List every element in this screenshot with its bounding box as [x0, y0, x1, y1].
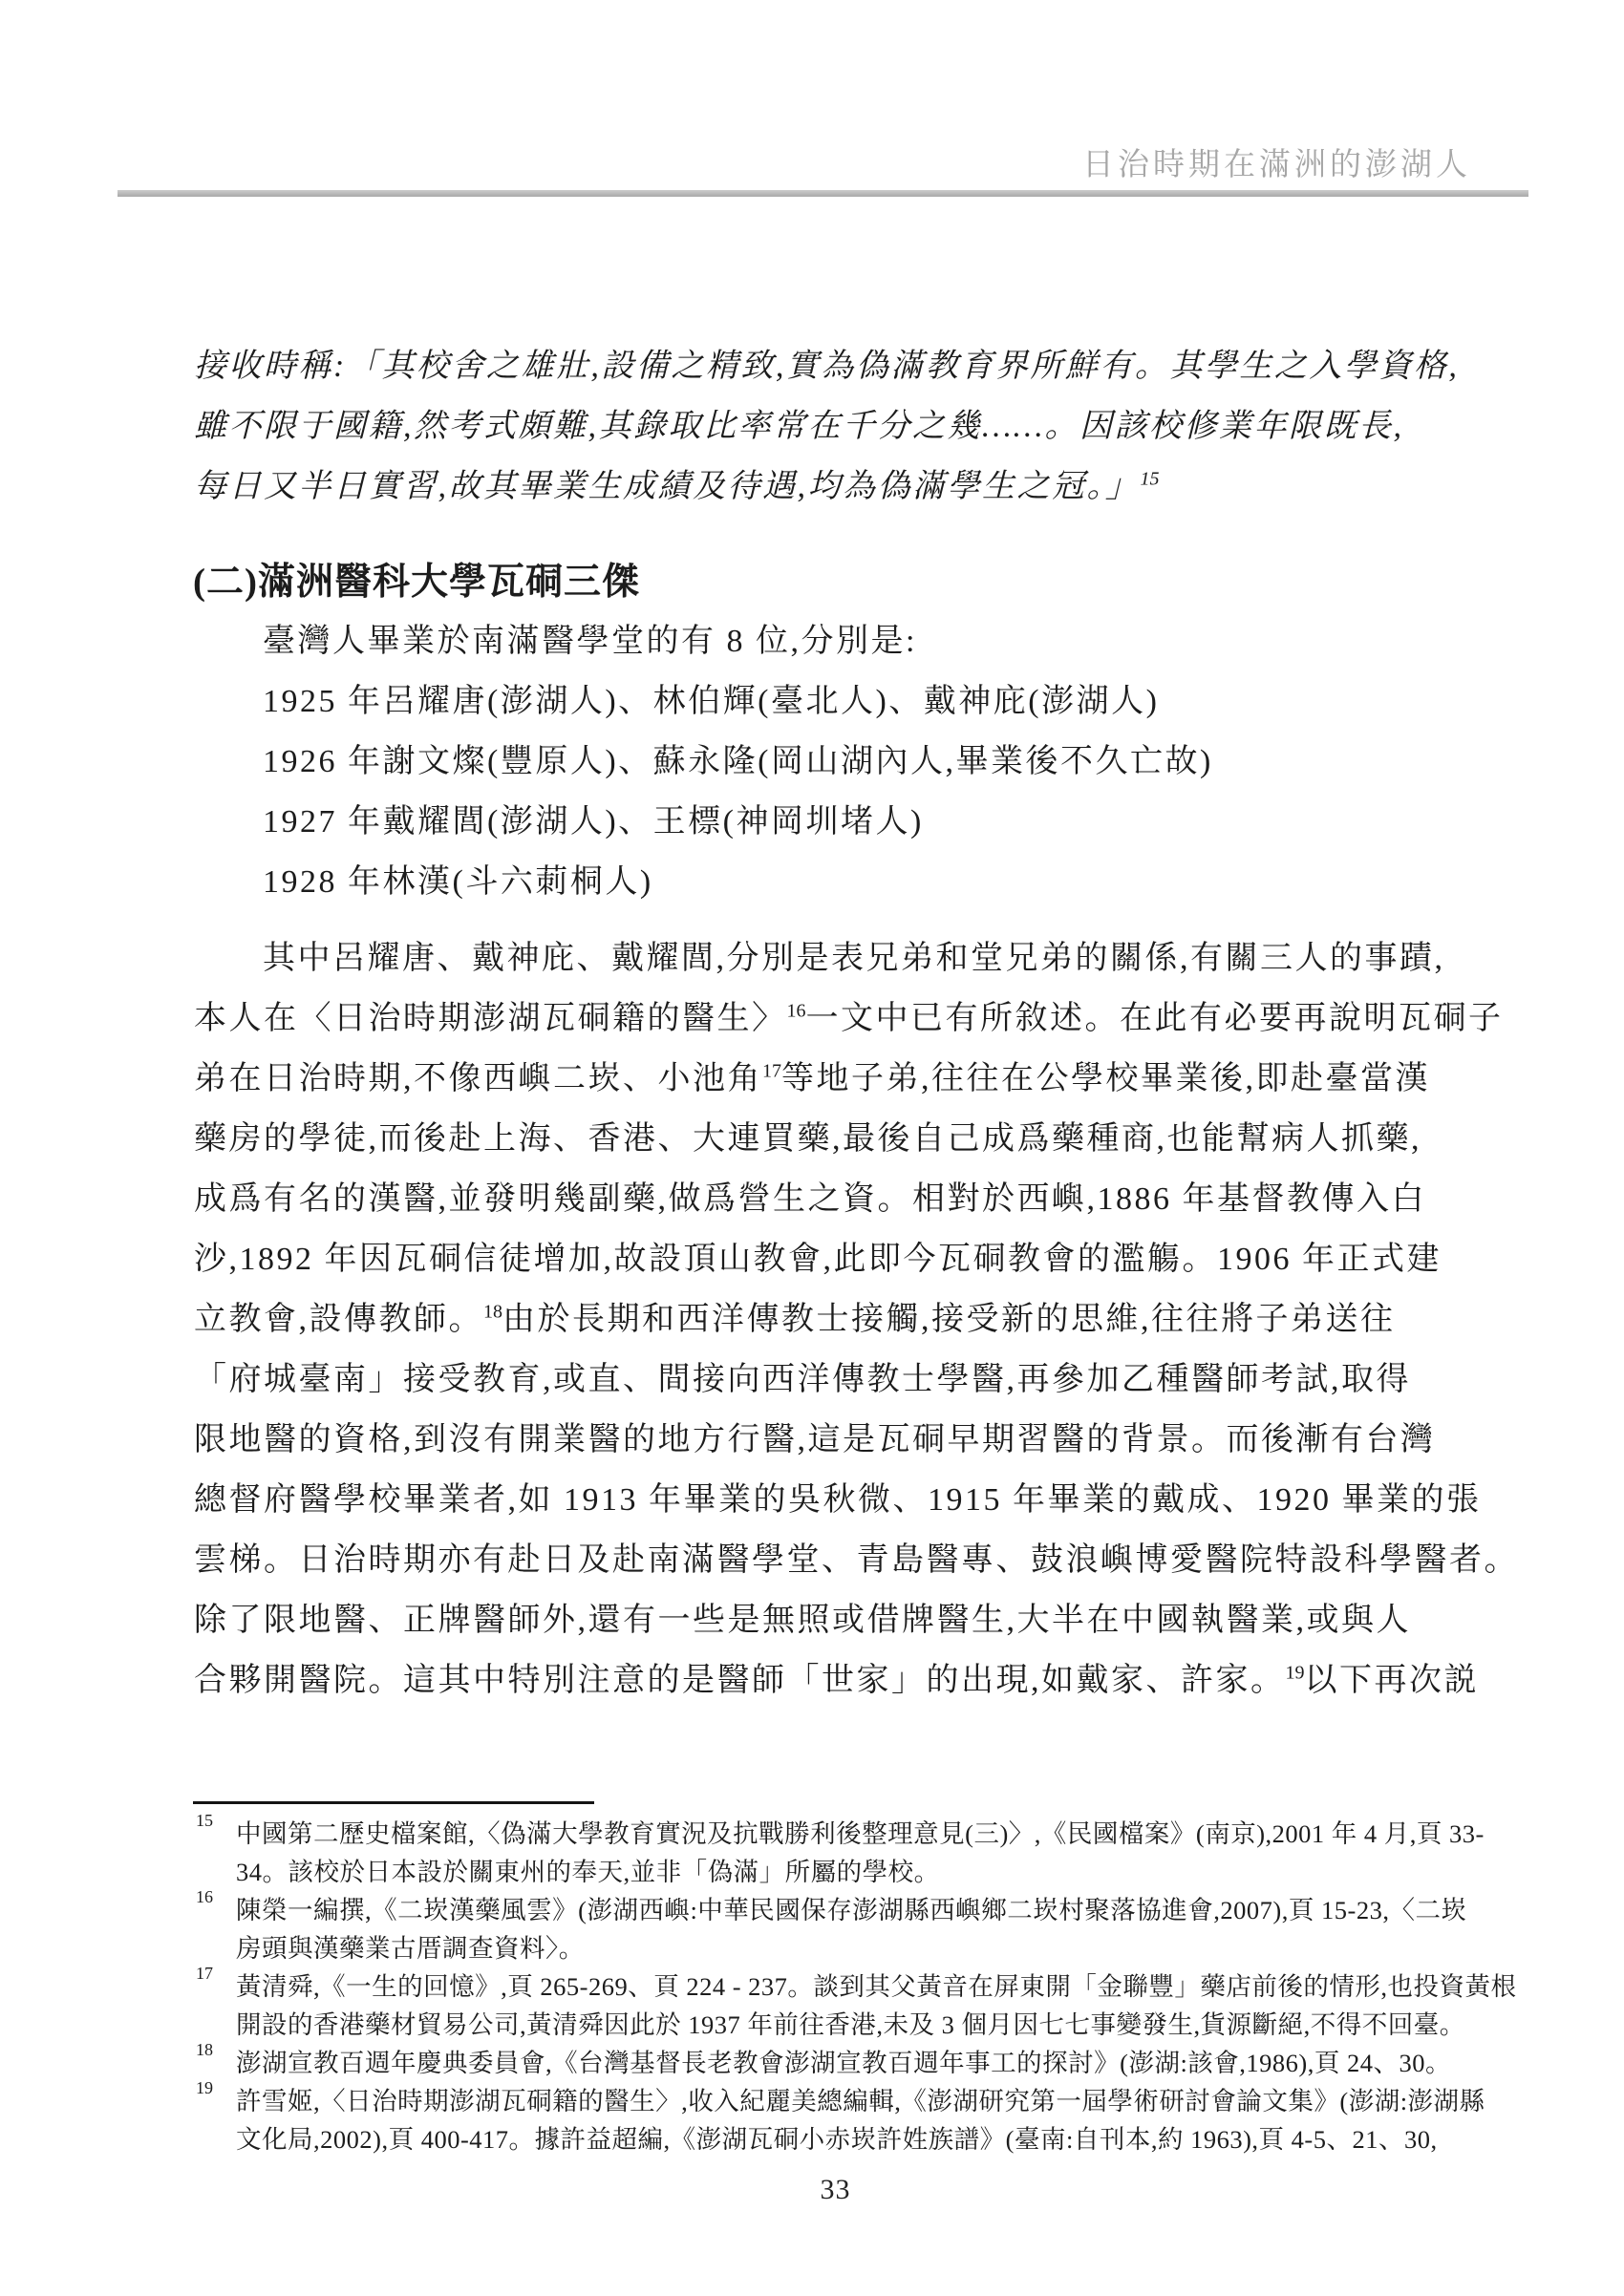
body-paragraph: 其中呂耀唐、戴神庇、戴耀閭,分別是表兄弟和堂兄弟的關係,有關三人的事蹟,本人在〈… [194, 928, 1479, 1711]
footnote-item: 18澎湖宣教百週年慶典委員會,《台灣基督長老教會澎湖宣教百週年事工的探討》(澎湖… [194, 2044, 1493, 2082]
text-line: 限地醫的資格,到沒有開業醫的地方行醫,這是瓦硐早期習醫的背景。而後漸有台灣 [194, 1410, 1479, 1470]
text-run: 限地醫的資格,到沒有開業醫的地方行醫,這是瓦硐早期習醫的背景。而後漸有台灣 [194, 1422, 1436, 1457]
footnote-ref: 17 [762, 1061, 781, 1082]
footnote-number: 15 [196, 1811, 213, 1831]
footnote-item: 15中國第二歷史檔案館,〈偽滿大學教育實況及抗戰勝利後整理意見(三)〉,《民國檔… [194, 1815, 1493, 1891]
text-run: 總督府醫學校畢業者,如 1913 年畢業的吳秋微、1915 年畢業的戴成、192… [194, 1482, 1482, 1518]
text-line: 1926 年謝文燦(豐原人)、蘇永隆(岡山湖內人,畢業後不久亡故) [194, 732, 1479, 792]
footnote-item: 19許雪姬,〈日治時期澎湖瓦硐籍的醫生〉,收入紀麗美總編輯,《澎湖研究第一屆學術… [194, 2082, 1493, 2158]
text-line: 成爲有名的漢醫,並發明幾副藥,做爲營生之資。相對於西嶼,1886 年基督教傳入白 [194, 1169, 1479, 1229]
text-line: 合夥開醫院。這其中特別注意的是醫師「世家」的出現,如戴家、許家。19以下再次説 [194, 1650, 1479, 1711]
text-run: 每日又半日實習,故其畢業生成績及待遇,均為偽滿學生之冠。」 [194, 469, 1141, 504]
text-line: 接收時稱:「其校舍之雄壯,設備之精致,實為偽滿教育界所鮮有。其學生之入學資格, [194, 336, 1479, 396]
text-line: 1928 年林漢(斗六莿桐人) [194, 852, 1479, 912]
running-header-title: 日治時期在滿洲的澎湖人 [1082, 139, 1471, 184]
text-line: 臺灣人畢業於南滿醫學堂的有 8 位,分別是: [194, 611, 1479, 671]
text-line: 立教會,設傳教師。18由於長期和西洋傳教士接觸,接受新的思維,往往將子弟送往 [194, 1289, 1479, 1350]
text-run: 除了限地醫、正牌醫師外,還有一些是無照或借牌醫生,大半在中國執醫業,或與人 [194, 1603, 1411, 1638]
text-run: 合夥開醫院。這其中特別注意的是醫師「世家」的出現,如戴家、許家。 [194, 1663, 1286, 1698]
text-run: 其中呂耀唐、戴神庇、戴耀閭,分別是表兄弟和堂兄弟的關係,有關三人的事蹟, [263, 941, 1445, 976]
text-run: 「府城臺南」接受教育,或直、間接向西洋傳教士學醫,再參加乙種醫師考試,取得 [194, 1362, 1411, 1397]
text-run: 接收時稱:「其校舍之雄壯,設備之精致,實為偽滿教育界所鮮有。其學生之入學資格, [194, 349, 1459, 384]
text-line: 1925 年呂耀唐(澎湖人)、林伯輝(臺北人)、戴神庇(澎湖人) [194, 671, 1479, 732]
text-line: 1927 年戴耀閭(澎湖人)、王標(神岡圳堵人) [194, 792, 1479, 852]
text-run: 以下再次説 [1305, 1663, 1480, 1698]
document-page: { "header": { "running_title": "日治時期在滿洲的… [0, 0, 1624, 2296]
footnote-item: 17黃清舜,《一生的回憶》,頁 265-269、頁 224 - 237。談到其父… [194, 1967, 1493, 2044]
header-divider-rule [118, 190, 1528, 197]
text-line: 弟在日治時期,不像西嶼二崁、小池角17等地子弟,往往在公學校畢業後,即赴臺當漢 [194, 1049, 1479, 1109]
text-line: 本人在〈日治時期澎湖瓦硐籍的醫生〉16一文中已有所敘述。在此有必要再說明瓦硐子 [194, 989, 1479, 1049]
graduates-list: 臺灣人畢業於南滿醫學堂的有 8 位,分別是:1925 年呂耀唐(澎湖人)、林伯輝… [194, 611, 1479, 912]
footnote-line: 房頭與漢藥業古厝調查資料〉。 [236, 1929, 1493, 1967]
footnote-number: 19 [196, 2078, 213, 2098]
footnote-line: 許雪姬,〈日治時期澎湖瓦硐籍的醫生〉,收入紀麗美總編輯,《澎湖研究第一屆學術研討… [236, 2082, 1493, 2120]
footnote-line: 文化局,2002),頁 400-417。據許益超編,《澎湖瓦硐小赤崁許姓族譜》(… [236, 2120, 1493, 2158]
text-line: 除了限地醫、正牌醫師外,還有一些是無照或借牌醫生,大半在中國執醫業,或與人 [194, 1590, 1479, 1650]
footnote-separator-rule [193, 1801, 594, 1804]
footnote-number: 18 [196, 2040, 213, 2060]
page-number: 33 [193, 2174, 1478, 2206]
text-run: 藥房的學徒,而後赴上海、香港、大連買藥,最後自己成爲藥種商,也能幫病人抓藥, [194, 1121, 1421, 1157]
footnote-line: 澎湖宣教百週年慶典委員會,《台灣基督長老教會澎湖宣教百週年事工的探討》(澎湖:該… [236, 2044, 1493, 2082]
text-run: 一文中已有所敘述。在此有必要再說明瓦硐子 [806, 1001, 1504, 1036]
footnote-ref: 15 [1141, 469, 1160, 490]
text-run: 雲梯。日治時期亦有赴日及赴南滿醫學堂、青島醫專、鼓浪嶼博愛醫院特設科學醫者。 [194, 1542, 1519, 1578]
text-run: 沙,1892 年因瓦硐信徒增加,故設頂山教會,此即今瓦硐教會的濫觴。1906 年… [194, 1242, 1442, 1277]
text-run: 等地子弟,往往在公學校畢業後,即赴臺當漢 [781, 1061, 1430, 1096]
text-line: 總督府醫學校畢業者,如 1913 年畢業的吳秋微、1915 年畢業的戴成、192… [194, 1470, 1479, 1530]
text-run: 立教會,設傳教師。 [194, 1302, 483, 1337]
text-line: 「府城臺南」接受教育,或直、間接向西洋傳教士學醫,再參加乙種醫師考試,取得 [194, 1350, 1479, 1410]
footnote-line: 34。該校於日本設於關東州的奉天,並非「偽滿」所屬的學校。 [236, 1853, 1493, 1891]
text-run: 由於長期和西洋傳教士接觸,接受新的思維,往往將子弟送往 [502, 1302, 1396, 1337]
text-run: 雖不限于國籍,然考式頗難,其錄取比率常在千分之幾……。因該校修業年限既長, [194, 409, 1403, 444]
block-quote-paragraph: 接收時稱:「其校舍之雄壯,設備之精致,實為偽滿教育界所鮮有。其學生之入學資格,雖… [194, 336, 1479, 517]
footnote-line: 開設的香港藥材貿易公司,黃清舜因此於 1937 年前往香港,未及 3 個月因七七… [236, 2006, 1493, 2044]
footnote-number: 16 [196, 1887, 213, 1907]
footnote-ref: 19 [1286, 1663, 1305, 1684]
text-line: 雖不限于國籍,然考式頗難,其錄取比率常在千分之幾……。因該校修業年限既長, [194, 396, 1479, 457]
text-line: 雲梯。日治時期亦有赴日及赴南滿醫學堂、青島醫專、鼓浪嶼博愛醫院特設科學醫者。 [194, 1530, 1479, 1590]
footnote-ref: 18 [483, 1302, 502, 1323]
text-line: 其中呂耀唐、戴神庇、戴耀閭,分別是表兄弟和堂兄弟的關係,有關三人的事蹟, [194, 928, 1479, 989]
section-heading: (二)滿洲醫科大學瓦硐三傑 [193, 552, 640, 606]
text-line: 藥房的學徒,而後赴上海、香港、大連買藥,最後自己成爲藥種商,也能幫病人抓藥, [194, 1109, 1479, 1169]
footnote-line: 中國第二歷史檔案館,〈偽滿大學教育實況及抗戰勝利後整理意見(三)〉,《民國檔案》… [236, 1815, 1493, 1853]
footnote-ref: 16 [787, 1001, 806, 1022]
text-run: 成爲有名的漢醫,並發明幾副藥,做爲營生之資。相對於西嶼,1886 年基督教傳入白 [194, 1181, 1426, 1217]
footnote-item: 16陳榮一編撰,《二崁漢藥風雲》(澎湖西嶼:中華民國保存澎湖縣西嶼鄉二崁村聚落協… [194, 1891, 1493, 1967]
text-line: 沙,1892 年因瓦硐信徒增加,故設頂山教會,此即今瓦硐教會的濫觴。1906 年… [194, 1229, 1479, 1289]
footnote-line: 陳榮一編撰,《二崁漢藥風雲》(澎湖西嶼:中華民國保存澎湖縣西嶼鄉二崁村聚落協進會… [236, 1891, 1493, 1929]
footnote-number: 17 [196, 1964, 213, 1984]
text-run: 本人在〈日治時期澎湖瓦硐籍的醫生〉 [194, 1001, 787, 1036]
footnotes-section: 15中國第二歷史檔案館,〈偽滿大學教育實況及抗戰勝利後整理意見(三)〉,《民國檔… [194, 1815, 1493, 2158]
text-line: 每日又半日實習,故其畢業生成績及待遇,均為偽滿學生之冠。」15 [194, 457, 1479, 517]
footnote-line: 黃清舜,《一生的回憶》,頁 265-269、頁 224 - 237。談到其父黃音… [236, 1967, 1493, 2006]
text-run: 弟在日治時期,不像西嶼二崁、小池角 [194, 1061, 762, 1096]
